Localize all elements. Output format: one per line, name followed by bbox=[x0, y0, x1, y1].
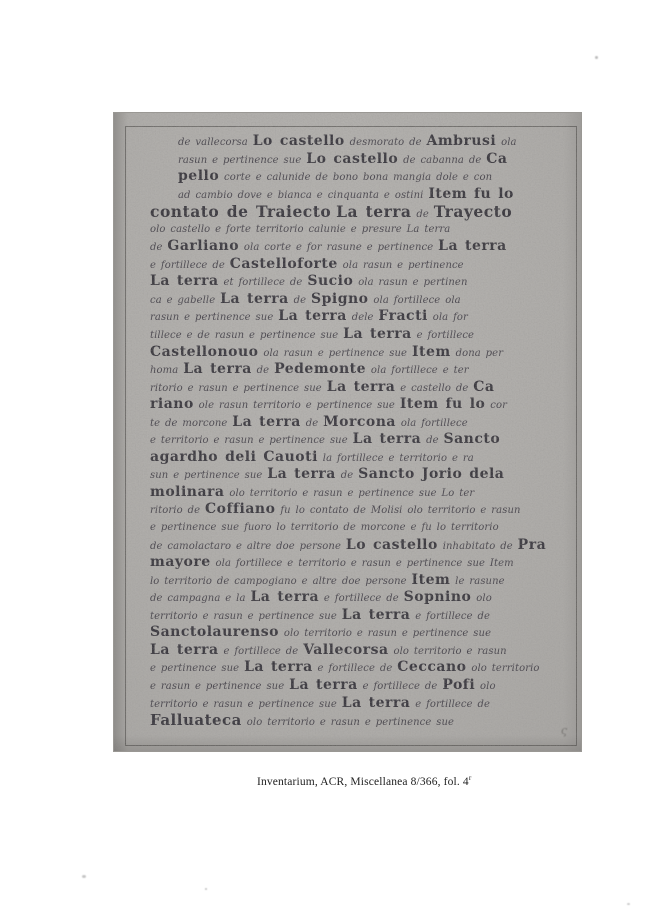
manuscript-line: mayore ola fortillece e territorio e ras… bbox=[150, 554, 560, 572]
manuscript-line: Falluateca olo territorio e rasun e pert… bbox=[150, 712, 560, 730]
manuscript-line: rasun e pertinence sue Lo castello de ca… bbox=[178, 151, 560, 169]
manuscript-line: molinara olo territorio e rasun e pertin… bbox=[150, 484, 560, 502]
manuscript-line: e rasun e pertinence sue La terra e fort… bbox=[150, 677, 560, 695]
manuscript-line: te de morcone La terra de Morcona ola fo… bbox=[150, 414, 560, 432]
caption-text: Inventarium, ACR, Miscellanea 8/366, fol… bbox=[257, 776, 469, 788]
manuscript-line: riano ole rasun territorio e pertinence … bbox=[150, 396, 560, 414]
manuscript-line: e pertinence sue fuoro lo territorio de … bbox=[150, 519, 560, 537]
manuscript-line: La terra et fortillece de Sucio ola rasu… bbox=[150, 273, 560, 291]
manuscript-line: ad cambio dove e bianca e cinquanta e os… bbox=[178, 186, 560, 204]
manuscript-scan: de vallecorsa Lo castello desmorato de A… bbox=[113, 112, 582, 752]
manuscript-line: agardho deli Cauoti la fortillece e terr… bbox=[150, 449, 560, 467]
manuscript-line: tillece e de rasun e pertinence sue La t… bbox=[150, 326, 560, 344]
manuscript-line: ca e gabelle La terra de Spigno ola fort… bbox=[150, 291, 560, 309]
manuscript-line: olo castello e forte territorio calunie … bbox=[150, 221, 560, 239]
manuscript-line: sun e pertinence sue La terra de Sancto … bbox=[150, 466, 560, 484]
manuscript-line: Castellonouo ola rasun e pertinence sue … bbox=[150, 344, 560, 362]
page-speck bbox=[205, 888, 207, 890]
manuscript-line: territorio e rasun e pertinence sue La t… bbox=[150, 607, 560, 625]
manuscript-line: ritorio de Coffiano fu lo contato de Mol… bbox=[150, 501, 560, 519]
manuscript-line: de campagna e la La terra e fortillece d… bbox=[150, 589, 560, 607]
manuscript-line: lo territorio de campogiano e altre doe … bbox=[150, 572, 560, 590]
page-speck bbox=[82, 875, 86, 878]
manuscript-line: ritorio e rasun e pertinence sue La terr… bbox=[150, 379, 560, 397]
book-page: de vallecorsa Lo castello desmorato de A… bbox=[0, 0, 650, 918]
page-speck bbox=[627, 903, 630, 905]
manuscript-line: pello corte e calunide de bono bona mang… bbox=[178, 168, 560, 186]
manuscript-line: e fortillece de Castelloforte ola rasun … bbox=[150, 256, 560, 274]
manuscript-line: La terra e fortillece de Vallecorsa olo … bbox=[150, 642, 560, 660]
corner-smudge: ς bbox=[561, 724, 567, 737]
manuscript-line: e territorio e rasun e pertinence sue La… bbox=[150, 431, 560, 449]
figure-caption: Inventarium, ACR, Miscellanea 8/366, fol… bbox=[257, 776, 471, 788]
manuscript-line: homa La terra de Pedemonte ola fortillec… bbox=[150, 361, 560, 379]
manuscript-line: de Garliano ola corte e for rasune e per… bbox=[150, 238, 560, 256]
manuscript-line: rasun e pertinence sue La terra dele Fra… bbox=[150, 308, 560, 326]
manuscript-line: contato de Traiecto La terra de Trayecto bbox=[150, 203, 560, 221]
caption-superscript: r bbox=[469, 773, 472, 782]
page-speck bbox=[595, 56, 598, 59]
manuscript-line: de camolactaro e altre doe persone Lo ca… bbox=[150, 537, 560, 555]
manuscript-line: Sanctolaurenso olo territorio e rasun e … bbox=[150, 624, 560, 642]
manuscript-line: territorio e rasun e pertinence sue La t… bbox=[150, 695, 560, 713]
manuscript-lines: de vallecorsa Lo castello desmorato de A… bbox=[150, 133, 560, 730]
manuscript-line: e pertinence sue La terra e fortillece d… bbox=[150, 659, 560, 677]
manuscript-line: de vallecorsa Lo castello desmorato de A… bbox=[178, 133, 560, 151]
